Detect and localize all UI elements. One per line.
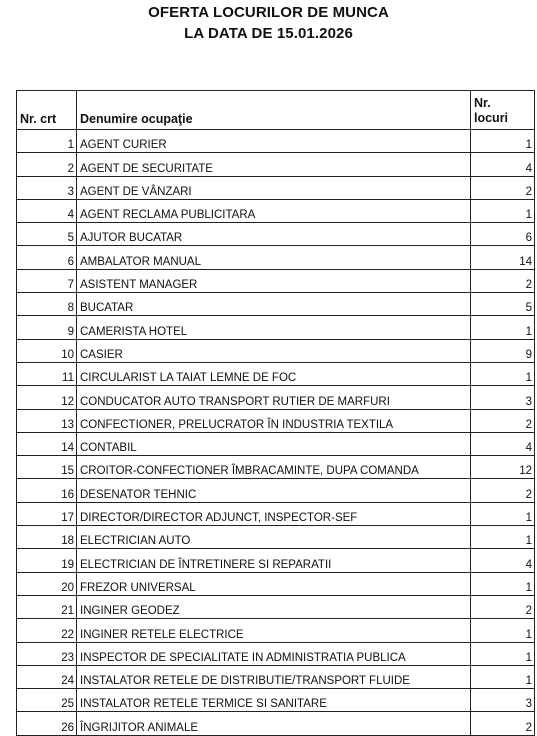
table-row: 26ÎNGRIJITOR ANIMALE2 <box>17 712 535 735</box>
places-count: 1 <box>471 199 535 222</box>
row-number: 16 <box>17 479 77 502</box>
places-count: 2 <box>471 479 535 502</box>
occupation-name: INGINER RETELE ELECTRICE <box>77 619 471 642</box>
header-places-line2: locuri <box>474 111 508 125</box>
places-count: 1 <box>471 362 535 385</box>
document-title: OFERTA LOCURILOR DE MUNCA <box>0 4 537 21</box>
table-row: 5AJUTOR BUCATAR6 <box>17 223 535 246</box>
occupation-name: FREZOR UNIVERSAL <box>77 572 471 595</box>
header-places: Nr.locuri <box>471 91 535 130</box>
places-count: 2 <box>471 269 535 292</box>
places-count: 6 <box>471 223 535 246</box>
table-row: 1AGENT CURIER1 <box>17 130 535 153</box>
row-number: 2 <box>17 153 77 176</box>
table-row: 22INGINER RETELE ELECTRICE1 <box>17 619 535 642</box>
places-count: 4 <box>471 549 535 572</box>
places-count: 1 <box>471 526 535 549</box>
occupation-name: BUCATAR <box>77 293 471 316</box>
occupation-name: AGENT CURIER <box>77 130 471 153</box>
row-number: 20 <box>17 572 77 595</box>
occupation-name: AGENT DE SECURITATE <box>77 153 471 176</box>
row-number: 4 <box>17 199 77 222</box>
places-count: 14 <box>471 246 535 269</box>
occupation-name: CONTABIL <box>77 432 471 455</box>
row-number: 3 <box>17 176 77 199</box>
places-count: 3 <box>471 386 535 409</box>
places-count: 1 <box>471 665 535 688</box>
header-occupation: Denumire ocupaţie <box>77 91 471 130</box>
occupation-name: ELECTRICIAN AUTO <box>77 526 471 549</box>
occupation-name: INGINER GEODEZ <box>77 595 471 618</box>
places-count: 2 <box>471 409 535 432</box>
header-nr: Nr. crt <box>17 91 77 130</box>
places-count: 2 <box>471 595 535 618</box>
table-row: 4AGENT RECLAMA PUBLICITARA1 <box>17 199 535 222</box>
table-row: 2AGENT DE SECURITATE4 <box>17 153 535 176</box>
row-number: 10 <box>17 339 77 362</box>
jobs-table: Nr. crt Denumire ocupaţie Nr.locuri 1AGE… <box>16 90 535 736</box>
places-count: 4 <box>471 153 535 176</box>
occupation-name: INSTALATOR RETELE DE DISTRIBUTIE/TRANSPO… <box>77 665 471 688</box>
row-number: 9 <box>17 316 77 339</box>
table-row: 13CONFECTIONER, PRELUCRATOR ÎN INDUSTRIA… <box>17 409 535 432</box>
row-number: 23 <box>17 642 77 665</box>
places-count: 9 <box>471 339 535 362</box>
places-count: 4 <box>471 432 535 455</box>
row-number: 8 <box>17 293 77 316</box>
occupation-name: AGENT DE VÂNZARI <box>77 176 471 199</box>
header-places-line1: Nr. <box>474 96 491 110</box>
occupation-name: DIRECTOR/DIRECTOR ADJUNCT, INSPECTOR-SEF <box>77 502 471 525</box>
places-count: 2 <box>471 712 535 735</box>
table-row: 15CROITOR-CONFECTIONER ÎMBRACAMINTE, DUP… <box>17 456 535 479</box>
table-row: 6AMBALATOR MANUAL14 <box>17 246 535 269</box>
table-row: 8BUCATAR5 <box>17 293 535 316</box>
row-number: 17 <box>17 502 77 525</box>
table-row: 18ELECTRICIAN AUTO1 <box>17 526 535 549</box>
table-row: 10CASIER9 <box>17 339 535 362</box>
occupation-name: CONFECTIONER, PRELUCRATOR ÎN INDUSTRIA T… <box>77 409 471 432</box>
occupation-name: CIRCULARIST LA TAIAT LEMNE DE FOC <box>77 362 471 385</box>
places-count: 1 <box>471 619 535 642</box>
places-count: 1 <box>471 502 535 525</box>
row-number: 18 <box>17 526 77 549</box>
table-row: 19ELECTRICIAN DE ÎNTRETINERE SI REPARATI… <box>17 549 535 572</box>
places-count: 3 <box>471 689 535 712</box>
row-number: 24 <box>17 665 77 688</box>
occupation-name: CROITOR-CONFECTIONER ÎMBRACAMINTE, DUPA … <box>77 456 471 479</box>
row-number: 21 <box>17 595 77 618</box>
table-row: 7ASISTENT MANAGER2 <box>17 269 535 292</box>
document-date: LA DATA DE 15.01.2026 <box>0 25 537 42</box>
table-row: 17DIRECTOR/DIRECTOR ADJUNCT, INSPECTOR-S… <box>17 502 535 525</box>
places-count: 12 <box>471 456 535 479</box>
table-row: 12CONDUCATOR AUTO TRANSPORT RUTIER DE MA… <box>17 386 535 409</box>
table-row: 25INSTALATOR RETELE TERMICE SI SANITARE3 <box>17 689 535 712</box>
occupation-name: AJUTOR BUCATAR <box>77 223 471 246</box>
occupation-name: INSTALATOR RETELE TERMICE SI SANITARE <box>77 689 471 712</box>
row-number: 7 <box>17 269 77 292</box>
row-number: 14 <box>17 432 77 455</box>
occupation-name: AGENT RECLAMA PUBLICITARA <box>77 199 471 222</box>
row-number: 15 <box>17 456 77 479</box>
table-row: 9CAMERISTA HOTEL1 <box>17 316 535 339</box>
occupation-name: INSPECTOR DE SPECIALITATE IN ADMINISTRAT… <box>77 642 471 665</box>
row-number: 19 <box>17 549 77 572</box>
occupation-name: AMBALATOR MANUAL <box>77 246 471 269</box>
occupation-name: ELECTRICIAN DE ÎNTRETINERE SI REPARATII <box>77 549 471 572</box>
places-count: 1 <box>471 130 535 153</box>
places-count: 2 <box>471 176 535 199</box>
table-row: 14CONTABIL4 <box>17 432 535 455</box>
table-row: 11CIRCULARIST LA TAIAT LEMNE DE FOC1 <box>17 362 535 385</box>
occupation-name: CASIER <box>77 339 471 362</box>
table-row: 24INSTALATOR RETELE DE DISTRIBUTIE/TRANS… <box>17 665 535 688</box>
table-row: 16DESENATOR TEHNIC2 <box>17 479 535 502</box>
occupation-name: DESENATOR TEHNIC <box>77 479 471 502</box>
occupation-name: CONDUCATOR AUTO TRANSPORT RUTIER DE MARF… <box>77 386 471 409</box>
places-count: 5 <box>471 293 535 316</box>
table-row: 21INGINER GEODEZ2 <box>17 595 535 618</box>
row-number: 11 <box>17 362 77 385</box>
row-number: 12 <box>17 386 77 409</box>
places-count: 1 <box>471 316 535 339</box>
table-row: 3AGENT DE VÂNZARI2 <box>17 176 535 199</box>
places-count: 1 <box>471 642 535 665</box>
row-number: 13 <box>17 409 77 432</box>
occupation-name: ÎNGRIJITOR ANIMALE <box>77 712 471 735</box>
row-number: 25 <box>17 689 77 712</box>
row-number: 1 <box>17 130 77 153</box>
occupation-name: CAMERISTA HOTEL <box>77 316 471 339</box>
row-number: 5 <box>17 223 77 246</box>
row-number: 22 <box>17 619 77 642</box>
row-number: 6 <box>17 246 77 269</box>
places-count: 1 <box>471 572 535 595</box>
table-header-row: Nr. crt Denumire ocupaţie Nr.locuri <box>17 91 535 130</box>
row-number: 26 <box>17 712 77 735</box>
table-row: 23INSPECTOR DE SPECIALITATE IN ADMINISTR… <box>17 642 535 665</box>
table-row: 20FREZOR UNIVERSAL1 <box>17 572 535 595</box>
occupation-name: ASISTENT MANAGER <box>77 269 471 292</box>
